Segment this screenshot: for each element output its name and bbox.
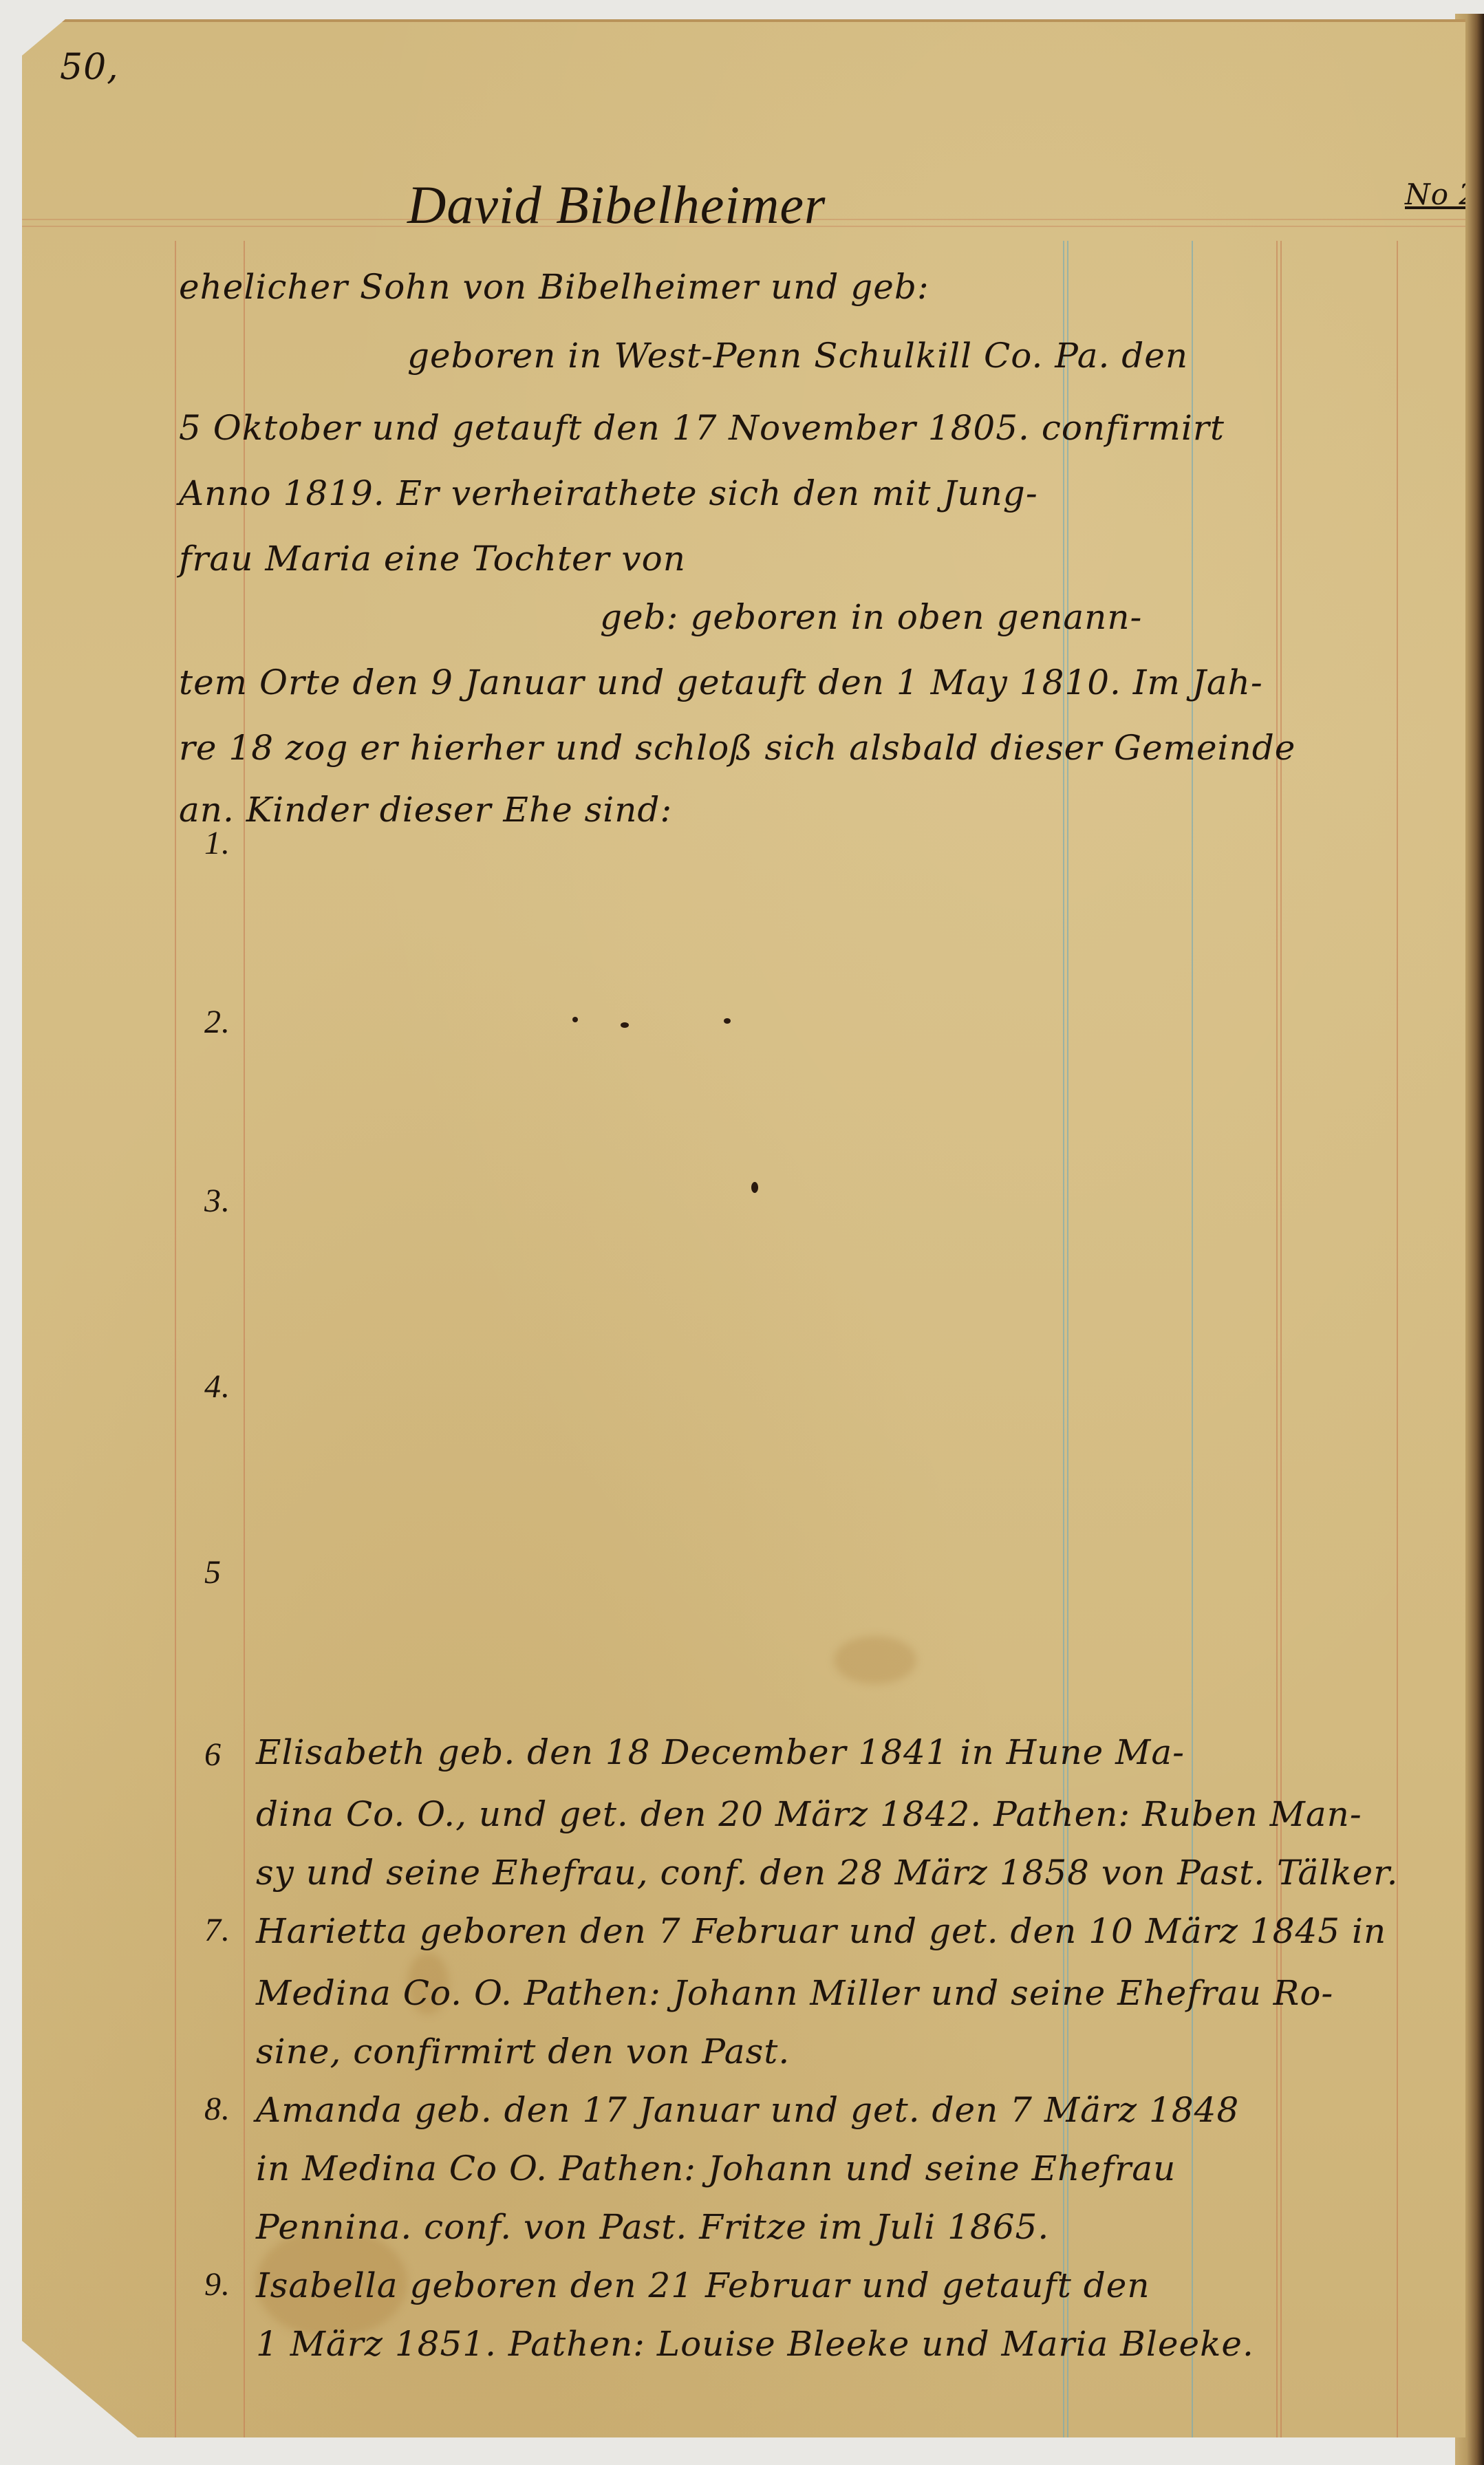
child-entry-line: dina Co. O., und get. den 20 März 1842. …: [256, 1794, 1362, 1834]
ink-speck: [572, 1017, 578, 1022]
ink-speck: [724, 1018, 731, 1024]
page-title: David Bibelheimer: [407, 174, 826, 236]
child-entry-line: Harietta geboren den 7 Februar und get. …: [256, 1911, 1386, 1951]
column-rule-red-2: [1280, 241, 1282, 2437]
margin-rule-left: [175, 241, 176, 2437]
child-number: 8.: [204, 2090, 230, 2128]
paragraph-line: geb: geboren in oben genann-: [600, 597, 1142, 637]
child-entry-line: Medina Co. O. Pathen: Johann Miller und …: [256, 1973, 1333, 2013]
page-number: 50,: [60, 47, 119, 88]
child-number: 1.: [204, 824, 230, 862]
child-entry-line: in Medina Co O. Pathen: Johann und seine…: [256, 2149, 1176, 2188]
child-number: 4.: [204, 1368, 230, 1406]
ink-speck: [621, 1022, 629, 1028]
child-entry-line: sine, confirmirt den von Past.: [256, 2032, 790, 2071]
paragraph-line: ehelicher Sohn von Bibelheimer und geb:: [179, 267, 929, 307]
paragraph-line: an. Kinder dieser Ehe sind:: [179, 790, 672, 830]
child-number: 3.: [204, 1182, 230, 1220]
column-rule-red-3: [1397, 241, 1398, 2437]
paragraph-line: tem Orte den 9 Januar und getauft den 1 …: [179, 663, 1263, 702]
child-number: 7.: [204, 1911, 230, 1949]
child-entry-line: sy und seine Ehefrau, conf. den 28 März …: [256, 1853, 1399, 1893]
water-stain: [834, 1636, 916, 1684]
paragraph-line: frau Maria eine Tochter von: [179, 539, 686, 579]
child-number: 5: [204, 1553, 222, 1591]
child-number: 2.: [204, 1003, 230, 1041]
paragraph-line: re 18 zog er hierher und schloß sich als…: [179, 728, 1295, 768]
paragraph-line: geboren in West-Penn Schulkill Co. Pa. d…: [407, 336, 1188, 376]
child-number: 6: [204, 1736, 222, 1774]
child-entry-line: 1 März 1851. Pathen: Louise Bleeke und M…: [256, 2324, 1254, 2364]
column-rule-red-1: [1276, 241, 1278, 2437]
child-number: 9.: [204, 2265, 230, 2303]
child-entry-line: Isabella geboren den 21 Februar und geta…: [256, 2265, 1150, 2305]
page-top-edge: [22, 19, 1465, 22]
ink-speck: [751, 1182, 758, 1193]
child-entry-line: Elisabeth geb. den 18 December 1841 in H…: [256, 1732, 1185, 1772]
paragraph-line: Anno 1819. Er verheirathete sich den mit…: [179, 473, 1038, 513]
child-entry-line: Pennina. conf. von Past. Fritze im Juli …: [256, 2207, 1049, 2247]
register-page: 50, David Bibelheimer No 2 ehelicher Soh…: [22, 19, 1465, 2437]
child-entry-line: Amanda geb. den 17 Januar und get. den 7…: [256, 2090, 1239, 2130]
paragraph-line: 5 Oktober und getauft den 17 November 18…: [179, 408, 1225, 448]
